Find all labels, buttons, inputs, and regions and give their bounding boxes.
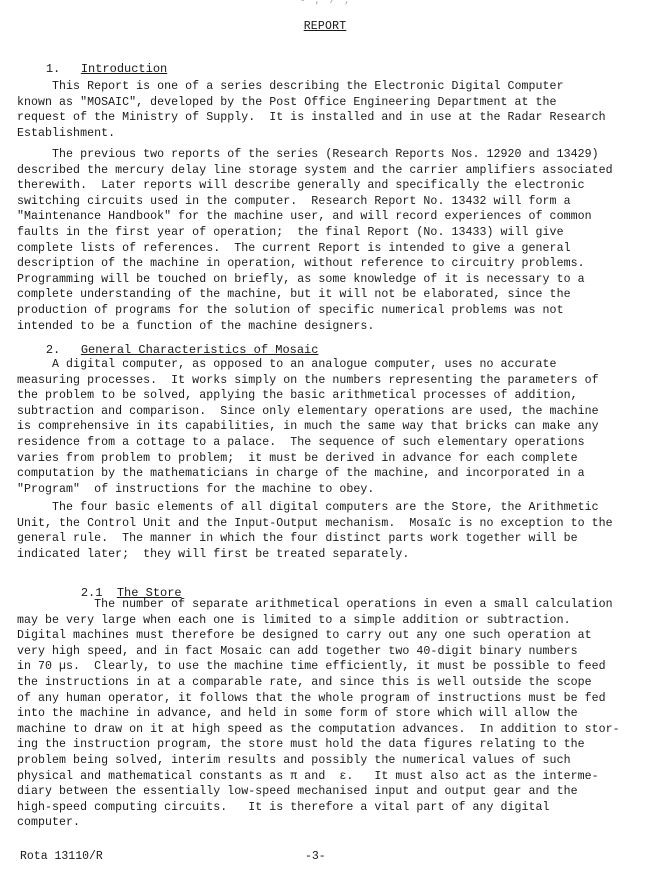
- top-margin-mark: - , / ,: [300, 0, 352, 6]
- paragraph-general-1: A digital computer, as opposed to an ana…: [17, 357, 637, 497]
- document-page: - , / , REPORT 1.Introduction This Repor…: [0, 0, 650, 874]
- paragraph-general-2: The four basic elements of all digital c…: [17, 500, 637, 562]
- section-title: Introduction: [81, 62, 167, 76]
- page-number: -3-: [305, 850, 326, 863]
- section-number: 2.: [46, 343, 81, 357]
- section-title: General Characteristics of Mosaic: [81, 343, 319, 357]
- report-title: REPORT: [0, 20, 650, 33]
- paragraph-intro-2: The previous two reports of the series (…: [17, 147, 637, 334]
- document-reference: Rota 13110/R: [20, 850, 103, 863]
- section-number: 1.: [46, 62, 81, 76]
- paragraph-intro-1: This Report is one of a series describin…: [17, 79, 637, 141]
- paragraph-store-1: The number of separate arithmetical oper…: [17, 597, 637, 831]
